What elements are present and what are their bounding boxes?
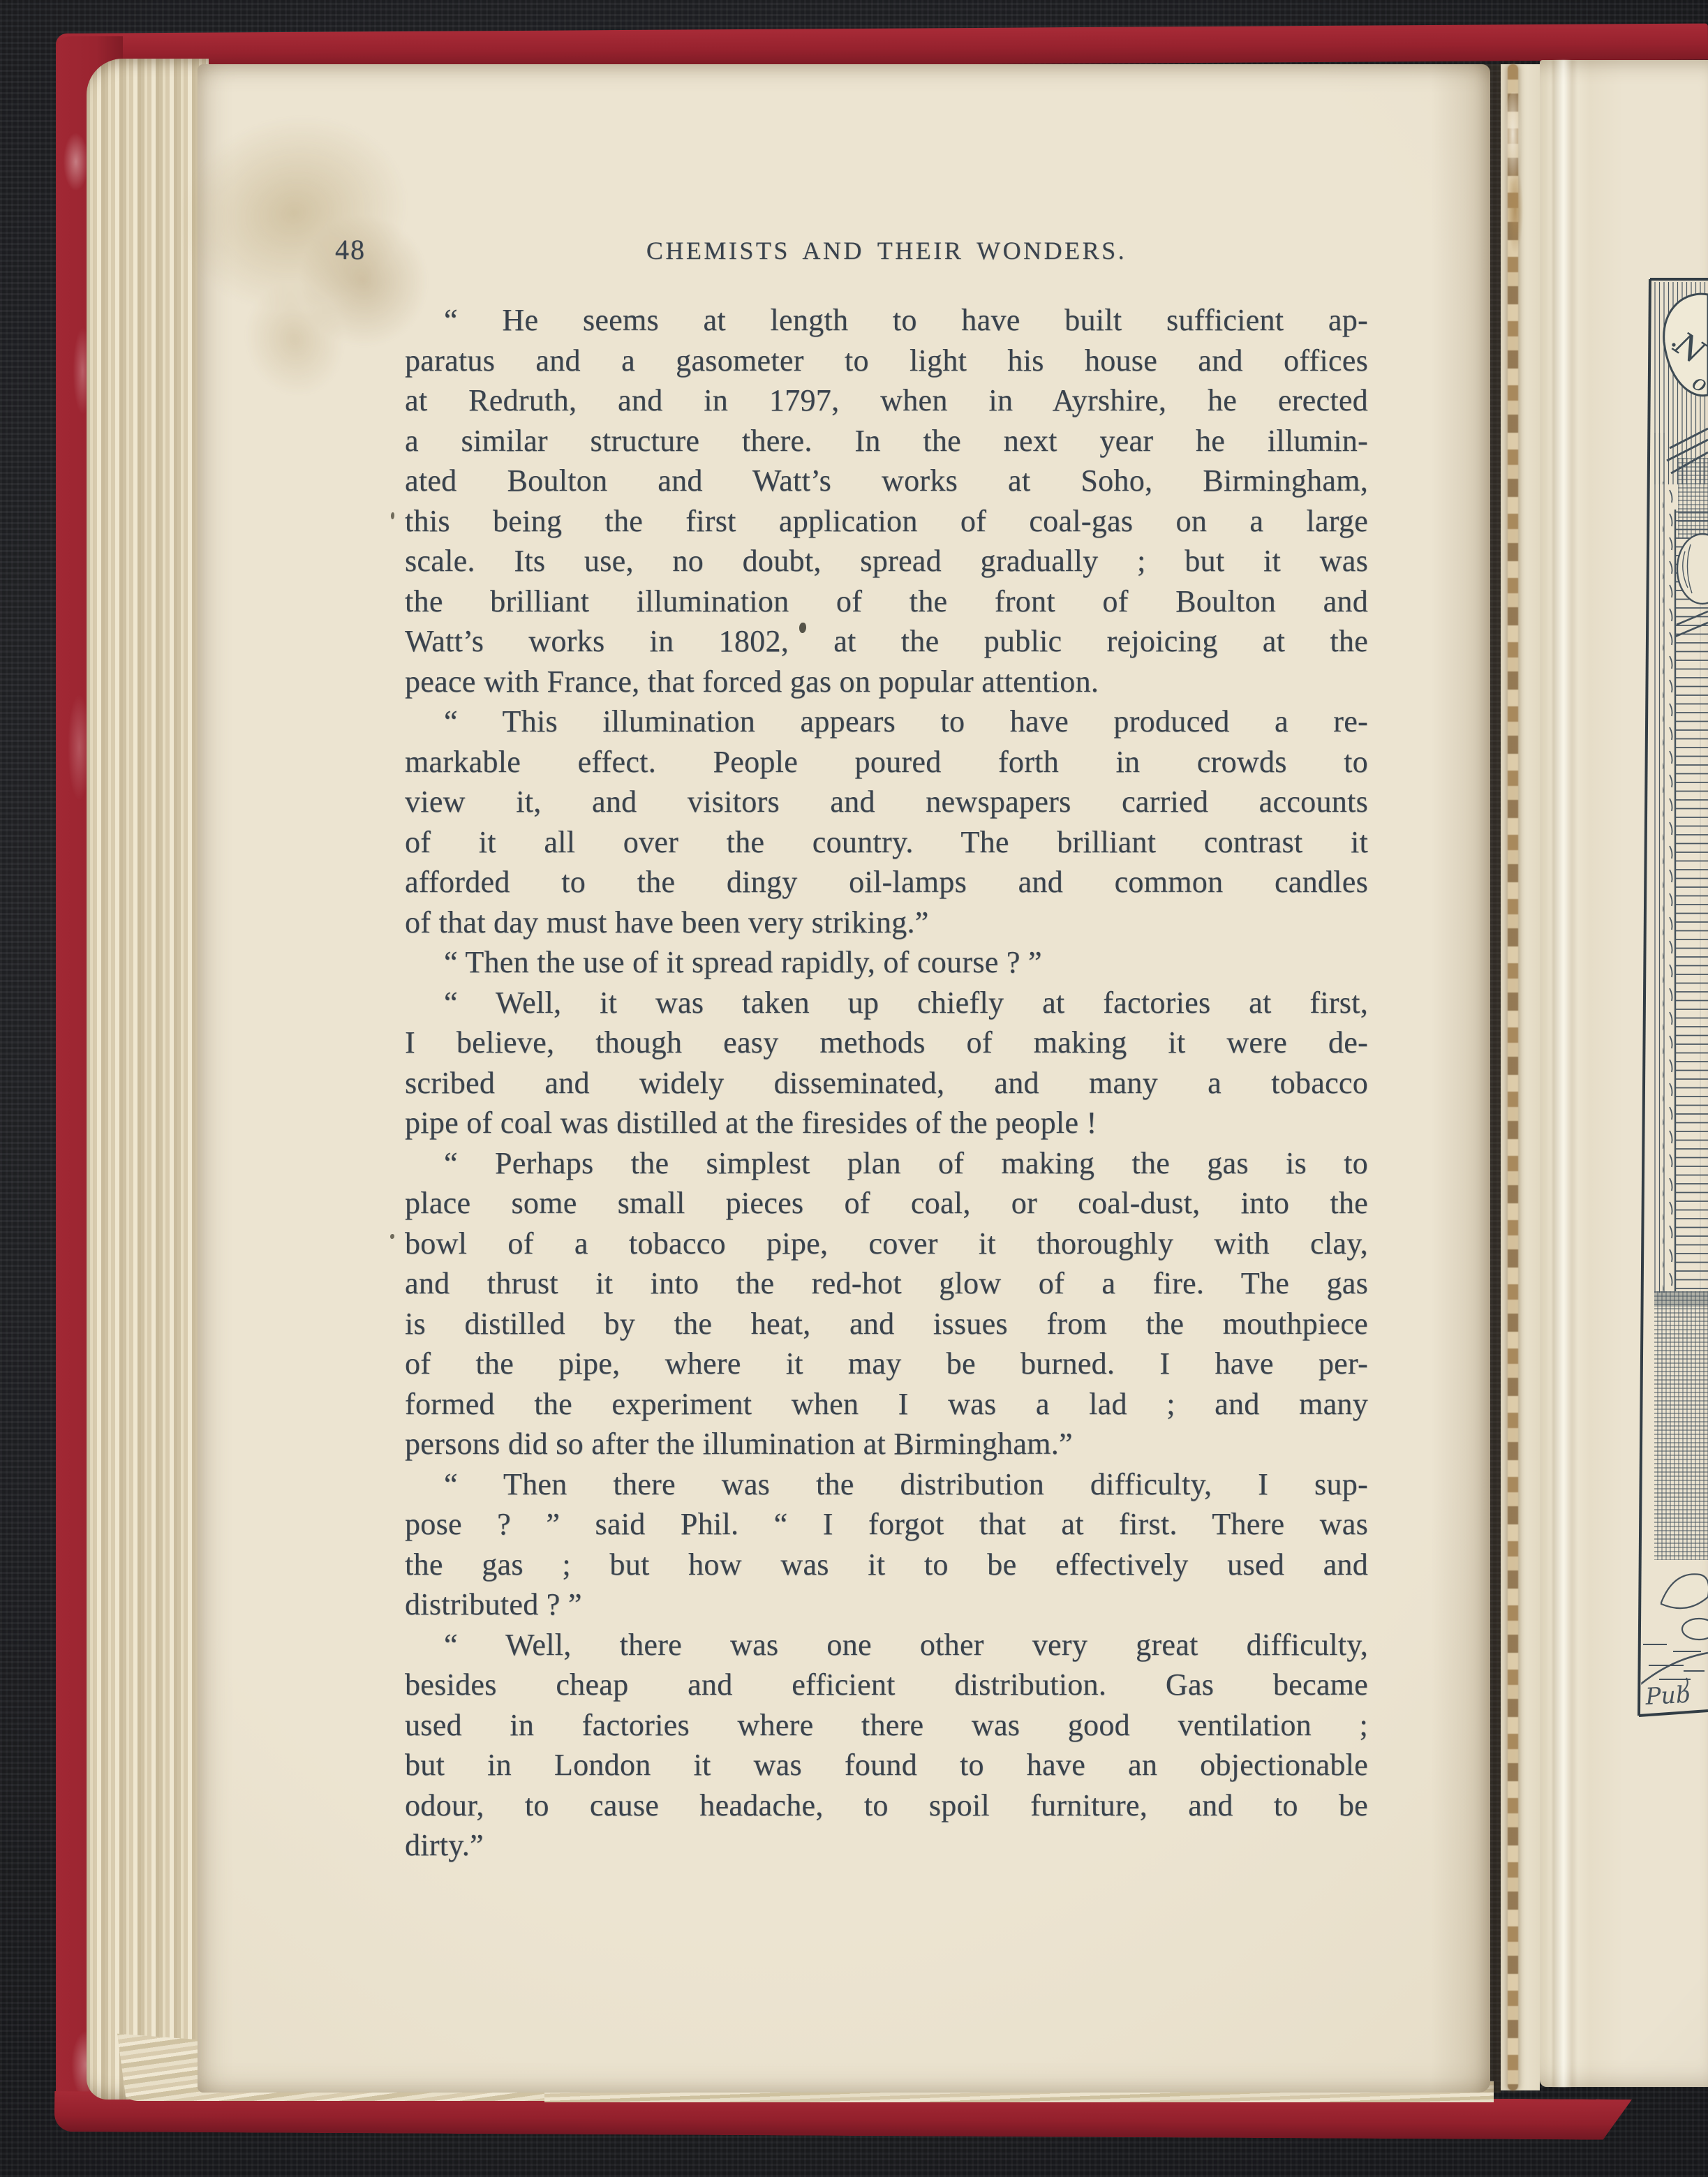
text-line: peace with France, that forced gas on po… (405, 662, 1368, 702)
text-line: the brilliant illumination of the front … (405, 581, 1368, 622)
running-title: CHEMISTS AND THEIR WONDERS. (405, 236, 1368, 265)
figure-blob (1661, 1574, 1708, 1608)
text-line: besides cheap and efficient distribution… (405, 1665, 1368, 1705)
text-line: at Redruth, and in 1797, when in Ayrshir… (405, 380, 1368, 421)
text-line: scale. Its use, no doubt, spread gradual… (405, 541, 1368, 581)
engraving-dashes (1663, 482, 1675, 1291)
text-line: the gas ; but how was it to be effective… (405, 1545, 1368, 1585)
text-line: pose ? ” said Phil. “ I forgot that at f… (405, 1504, 1368, 1545)
text-line: paratus and a gasometer to light his hou… (405, 341, 1368, 381)
text-line: “ Well, it was taken up chiefly at facto… (405, 983, 1368, 1023)
margin-mark (391, 512, 394, 519)
page-number: 48 (335, 233, 366, 266)
text-line: markable effect. People poured forth in … (405, 742, 1368, 782)
text-line: “ Then there was the distribution diffic… (405, 1464, 1368, 1505)
text-line: of it all over the country. The brillian… (405, 822, 1368, 863)
text-line: of the pipe, where it may be burned. I h… (405, 1344, 1368, 1384)
margin-speck (390, 1234, 394, 1239)
partial-illustration: N o Pub (1635, 272, 1708, 1728)
text-line: formed the experiment when I was a lad ;… (405, 1384, 1368, 1425)
torn-page-stub (1501, 64, 1540, 2090)
text-line: place some small pieces of coal, or coal… (405, 1183, 1368, 1224)
stub-frayed-top (1502, 92, 1526, 260)
text-line: this being the first application of coal… (405, 501, 1368, 542)
text-line: but in London it was found to have an ob… (405, 1745, 1368, 1785)
text-line: distributed ? ” (405, 1584, 1368, 1625)
column-rungs (1675, 510, 1708, 1291)
text-line: afforded to the dingy oil-lamps and comm… (405, 862, 1368, 902)
text-line: of that day must have been very striking… (405, 902, 1368, 943)
text-line: Watt’s works in 1802, at the public rejo… (405, 621, 1368, 662)
text-line: “ Perhaps the simplest plan of making th… (405, 1143, 1368, 1184)
text-line: I believe, though easy methods of making… (405, 1023, 1368, 1063)
ground-strokes (1643, 1644, 1705, 1679)
stub-frayed-edge (1508, 64, 1518, 2090)
page-edge-stack-left (87, 59, 209, 2100)
left-page: 48 CHEMISTS AND THEIR WONDERS. “ He seem… (198, 64, 1490, 2093)
text-line: a similar structure there. In the next y… (405, 421, 1368, 461)
text-line: “ Then the use of it spread rapidly, of … (405, 942, 1368, 983)
text-line: bowl of a tobacco pipe, cover it thoroug… (405, 1224, 1368, 1264)
text-line: used in factories where there was good v… (405, 1705, 1368, 1746)
imprint-script: Pub (1644, 1681, 1691, 1710)
text-line: persons did so after the illumination at… (405, 1424, 1368, 1464)
text-line: scribed and widely disseminated, and man… (405, 1063, 1368, 1104)
text-line: dirty.” (405, 1825, 1368, 1866)
figure-blob-2 (1682, 1619, 1708, 1640)
text-line: view it, and visitors and newspapers car… (405, 782, 1368, 822)
text-line: “ This illumination appears to have prod… (405, 701, 1368, 742)
gutter-shadow (1431, 64, 1501, 2093)
text-line: ated Boulton and Watt’s works at Soho, B… (405, 461, 1368, 501)
text-line: “ He seems at length to have built suffi… (405, 300, 1368, 341)
text-line: and thrust it into the red-hot glow of a… (405, 1263, 1368, 1304)
book-photo: 48 CHEMISTS AND THEIR WONDERS. “ He seem… (0, 0, 1708, 2177)
net-top-shade (1654, 1291, 1708, 1307)
text-line: odour, to cause headache, to spoil furni… (405, 1785, 1368, 1826)
engraving-net-crosshatch (1654, 1291, 1708, 1560)
text-line: pipe of coal was distilled at the firesi… (405, 1103, 1368, 1143)
right-page-crease (1552, 60, 1577, 2087)
text-block: “ He seems at length to have built suffi… (405, 300, 1368, 1866)
text-line: “ Well, there was one other very great d… (405, 1625, 1368, 1665)
text-line: is distilled by the heat, and issues fro… (405, 1304, 1368, 1344)
